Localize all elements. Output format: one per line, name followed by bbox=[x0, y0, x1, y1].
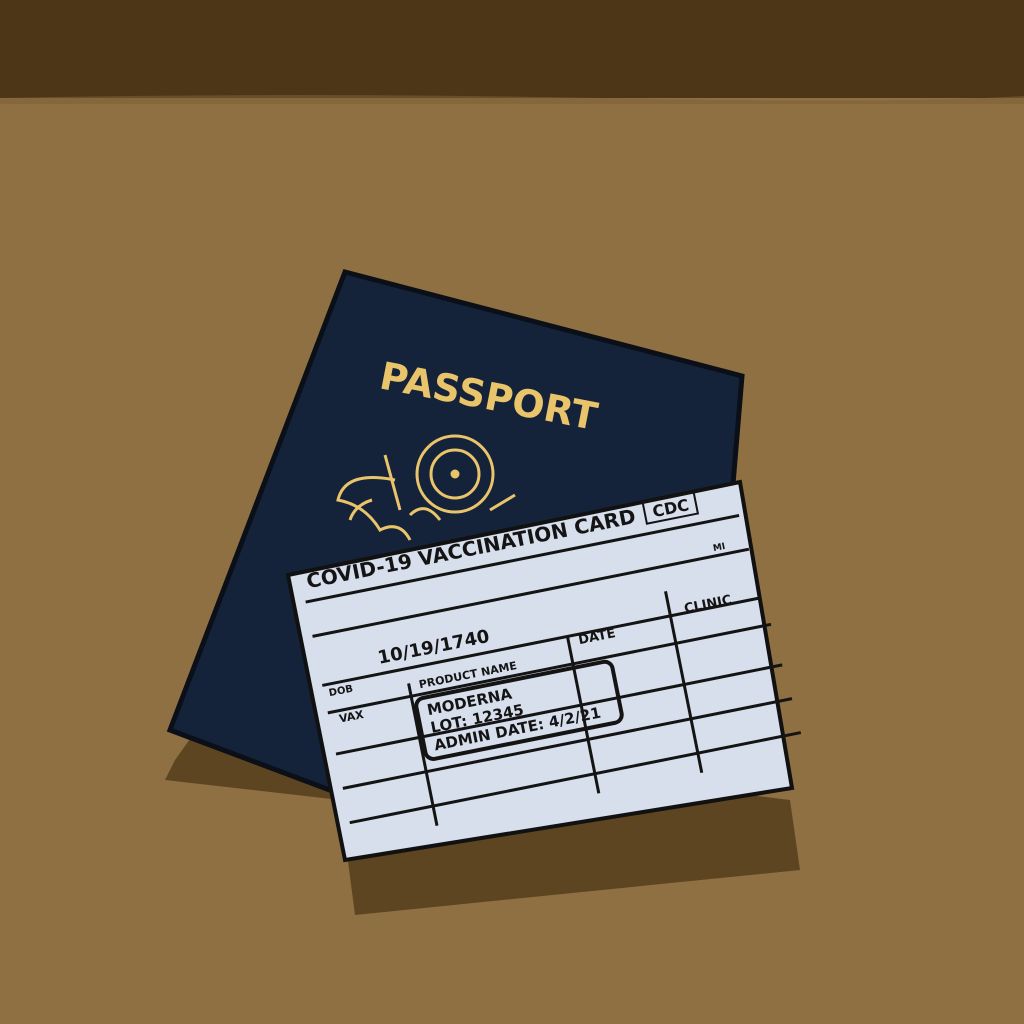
illustration: PASSPORT COVID-19 VACCINATION CARD CDC M… bbox=[0, 0, 1024, 1024]
wall bbox=[0, 0, 1024, 100]
